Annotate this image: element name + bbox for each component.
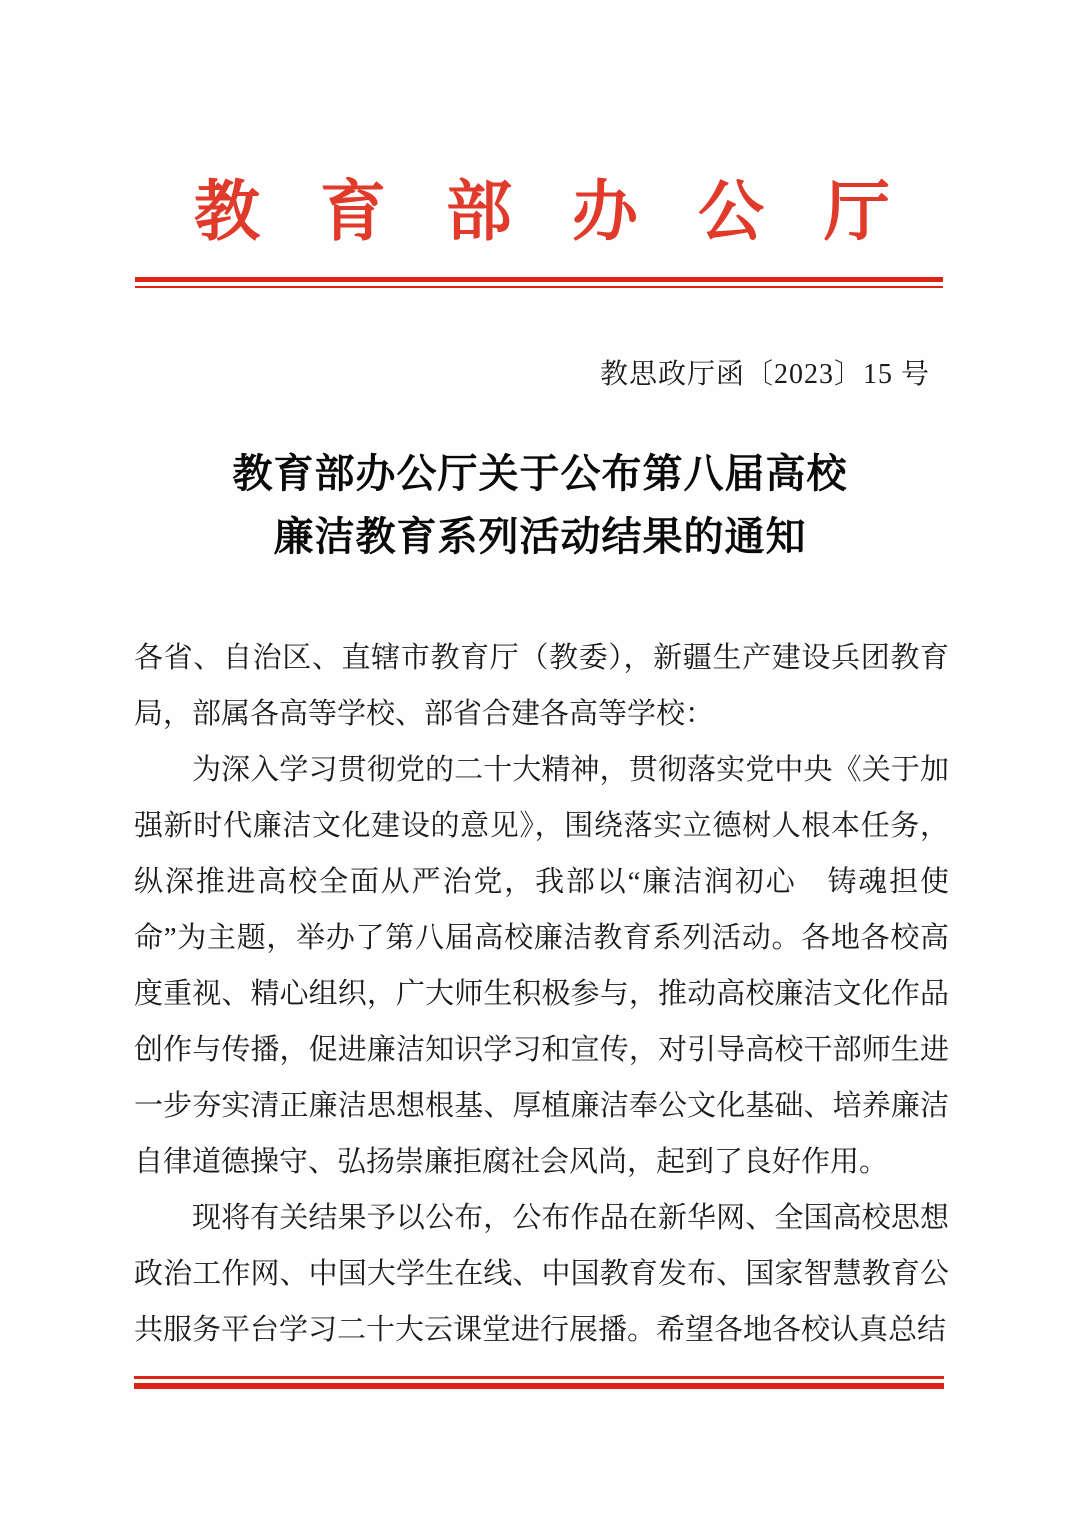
separator-thin-line — [135, 286, 943, 288]
footer-thick-line — [134, 1383, 944, 1389]
document-title: 教育部办公厅关于公布第八届高校 廉洁教育系列活动结果的通知 — [0, 442, 1080, 568]
document-title-line-2: 廉洁教育系列活动结果的通知 — [0, 505, 1080, 568]
footer-separator — [134, 1376, 944, 1389]
separator-thick-line — [135, 277, 943, 282]
letterhead-title: 教育部办公厅 — [194, 180, 890, 246]
body-paragraph-2: 现将有关结果予以公布，公布作品在新华网、全国高校思想政治工作网、中国大学生在线、… — [134, 1190, 949, 1358]
body-paragraph-1: 为深入学习贯彻党的二十大精神，贯彻落实党中央《关于加强新时代廉洁文化建设的意见》… — [134, 742, 949, 1190]
letterhead-separator — [135, 277, 943, 288]
document-number: 教思政厅函〔2023〕15 号 — [600, 357, 930, 393]
salutation: 各省、自治区、直辖市教育厅（教委），新疆生产建设兵团教育局，部属各高等学校、部省… — [134, 630, 949, 742]
document-body: 各省、自治区、直辖市教育厅（教委），新疆生产建设兵团教育局，部属各高等学校、部省… — [134, 630, 949, 1358]
footer-thin-line — [134, 1376, 944, 1379]
document-page: 教育部办公厅 教思政厅函〔2023〕15 号 教育部办公厅关于公布第八届高校 廉… — [0, 0, 1080, 1527]
document-title-line-1: 教育部办公厅关于公布第八届高校 — [0, 442, 1080, 505]
